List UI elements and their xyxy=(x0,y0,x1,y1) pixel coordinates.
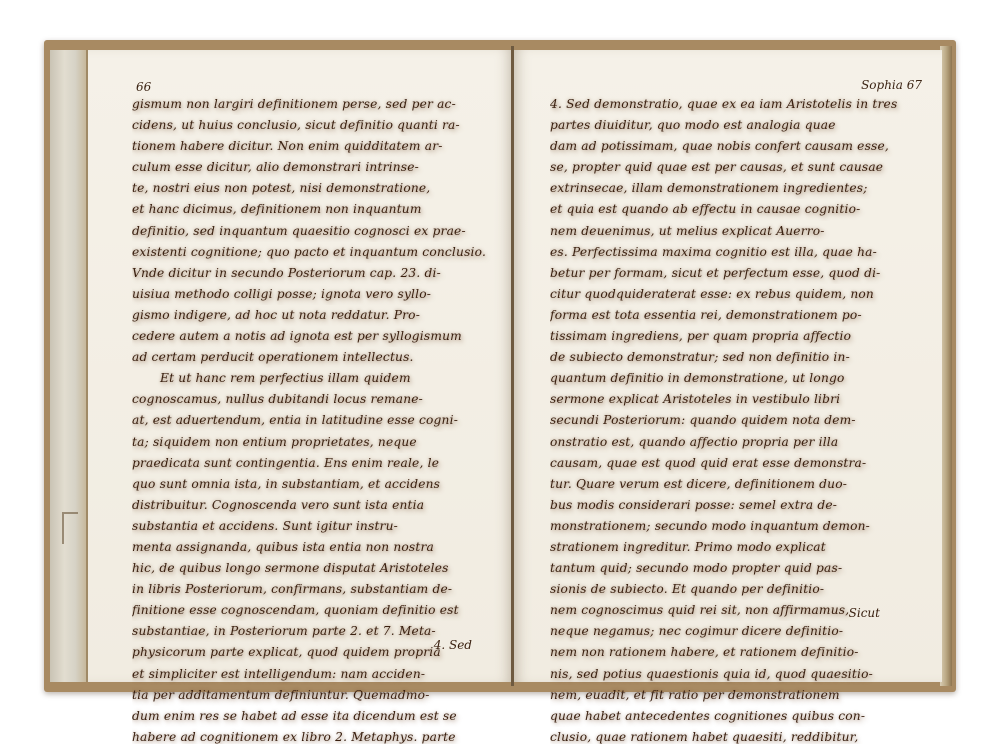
right-catchword: Sicut xyxy=(849,606,880,620)
text-line: causam, quae est quod quid erat esse dem… xyxy=(550,453,920,474)
text-line: nem deuenimus, ut melius explicat Auerro… xyxy=(550,221,920,242)
text-line: quantum definitio in demonstratione, ut … xyxy=(550,368,920,389)
text-line: quo sunt omnia ista, in substantiam, et … xyxy=(132,474,494,495)
text-line: culum esse dicitur, alio demonstrari int… xyxy=(132,157,494,178)
text-line: de subiecto demonstratur; sed non defini… xyxy=(550,347,920,368)
text-line: uisiua methodo colligi posse; ignota ver… xyxy=(132,284,494,305)
text-line: es. Perfectissima maxima cognitio est il… xyxy=(550,242,920,263)
text-line: sionis de subiecto. Et quando per defini… xyxy=(550,579,920,600)
text-line: onstratio est, quando affectio propria p… xyxy=(550,432,920,453)
right-page-number: Sophia 67 xyxy=(861,78,922,92)
text-line: menta assignanda, quibus ista entia non … xyxy=(132,537,494,558)
text-line: extrinsecae, illam demonstrationem ingre… xyxy=(550,178,920,199)
text-line: forma est tota essentia rei, demonstrati… xyxy=(550,305,920,326)
text-line: sermone explicat Aristoteles in vestibul… xyxy=(550,389,920,410)
text-line: et hanc dicimus, definitionem non inquan… xyxy=(132,199,494,220)
text-line: et simpliciter est intelligendum: nam ac… xyxy=(132,664,494,685)
text-line: bus modis considerari posse: semel extra… xyxy=(550,495,920,516)
text-line: se, propter quid quae est per causas, et… xyxy=(550,157,920,178)
text-line: 4. Sed demonstratio, quae ex ea iam Aris… xyxy=(550,94,920,115)
text-line: cognoscamus, nullus dubitandi locus rema… xyxy=(132,389,494,410)
text-line: partes diuiditur, quo modo est analogia … xyxy=(550,115,920,136)
text-line: praedicata sunt contingentia. Ens enim r… xyxy=(132,453,494,474)
text-line: at, est aduertendum, entia in latitudine… xyxy=(132,410,494,431)
right-page: Sophia 67 4. Sed demonstratio, quae ex e… xyxy=(514,50,942,682)
text-line: quae habet antecedentes cognitiones quib… xyxy=(550,706,920,727)
text-line: secundi Posteriorum: quando quidem nota … xyxy=(550,410,920,431)
left-page-number: 66 xyxy=(136,80,151,94)
text-line: strationem ingreditur. Primo modo explic… xyxy=(550,537,920,558)
text-line: betur per formam, sicut et perfectum ess… xyxy=(550,263,920,284)
text-line: gismo indigere, ad hoc ut nota reddatur.… xyxy=(132,305,494,326)
text-line: tia per additamentum definiuntur. Quemad… xyxy=(132,685,494,706)
text-line: monstrationem; secundo modo inquantum de… xyxy=(550,516,920,537)
left-catchword: 4. Sed xyxy=(434,638,472,652)
bookmark-tab xyxy=(62,512,78,544)
right-page-text: 4. Sed demonstratio, quae ex ea iam Aris… xyxy=(550,94,920,744)
text-line: ad certam perducit operationem intellect… xyxy=(132,347,494,368)
text-line: definitio, sed inquantum quaesitio cogno… xyxy=(132,221,494,242)
text-line: dum enim res se habet ad esse ita dicend… xyxy=(132,706,494,727)
text-line: cedere autem a notis ad ignota est per s… xyxy=(132,326,494,347)
text-line: et quia est quando ab effectu in causae … xyxy=(550,199,920,220)
text-line: te, nostri eius non potest, nisi demonst… xyxy=(132,178,494,199)
text-line: gismum non largiri definitionem perse, s… xyxy=(132,94,494,115)
text-line: hic, de quibus longo sermone disputat Ar… xyxy=(132,558,494,579)
left-page: 66 gismum non largiri definitionem perse… xyxy=(88,50,512,682)
text-line: tur. Quare verum est dicere, definitione… xyxy=(550,474,920,495)
text-line: tissimam ingrediens, per quam propria af… xyxy=(550,326,920,347)
text-line: ta; siquidem non entium proprietates, ne… xyxy=(132,432,494,453)
text-line: distribuitur. Cognoscenda vero sunt ista… xyxy=(132,495,494,516)
text-line: habere ad cognitionem ex libro 2. Metaph… xyxy=(132,727,494,744)
text-line: tionem habere dicitur. Non enim quiddita… xyxy=(132,136,494,157)
text-line: existenti cognitione; quo pacto et inqua… xyxy=(132,242,494,263)
text-line: tantum quid; secundo modo propter quid p… xyxy=(550,558,920,579)
text-line: Vnde dicitur in secundo Posteriorum cap.… xyxy=(132,263,494,284)
text-line: neque negamus; nec cogimur dicere defini… xyxy=(550,621,920,642)
text-line: clusio, quae rationem habet quaesiti, re… xyxy=(550,727,920,744)
spine-edge xyxy=(50,50,88,682)
text-line: Et ut hanc rem perfectius illam quidem xyxy=(132,368,494,389)
text-line: cidens, ut huius conclusio, sicut defini… xyxy=(132,115,494,136)
text-line: finitione esse cognoscendam, quoniam def… xyxy=(132,600,494,621)
text-line: in libris Posteriorum, confirmans, subst… xyxy=(132,579,494,600)
text-line: nem, euadit, et fit ratio per demonstrat… xyxy=(550,685,920,706)
text-line: nem non rationem habere, et rationem def… xyxy=(550,642,920,663)
text-line: nis, sed potius quaestionis quia id, quo… xyxy=(550,664,920,685)
text-line: dam ad potissimam, quae nobis confert ca… xyxy=(550,136,920,157)
text-line: citur quodquideraterat esse: ex rebus qu… xyxy=(550,284,920,305)
text-line: substantia et accidens. Sunt igitur inst… xyxy=(132,516,494,537)
